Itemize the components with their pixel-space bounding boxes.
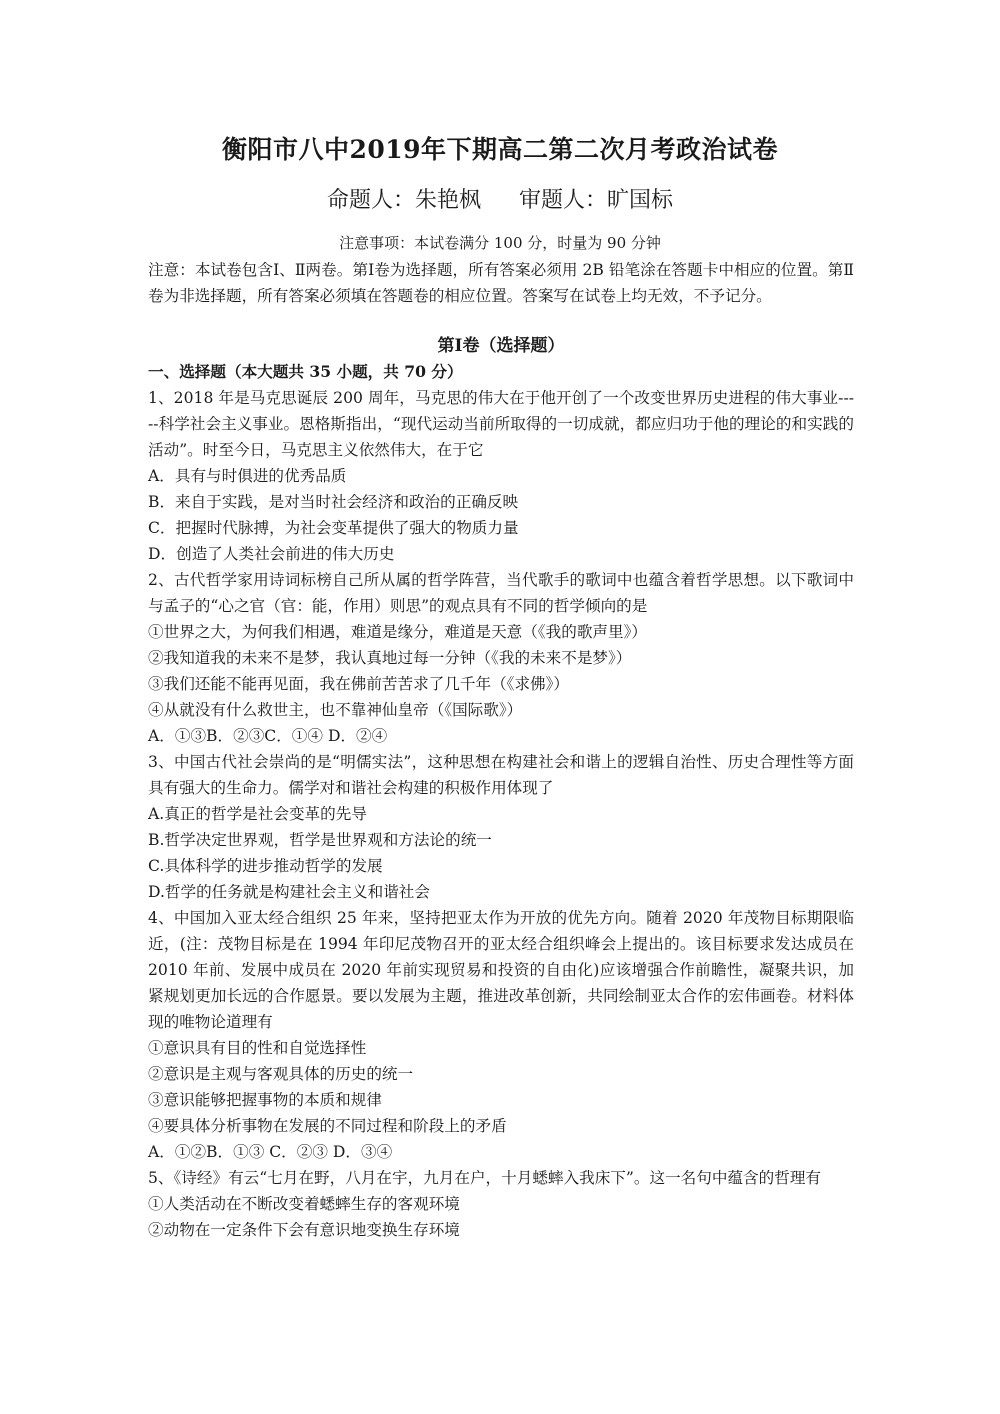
reviewer-label: 审题人： xyxy=(519,188,607,213)
answer-options: A．①②B．①③ C．②③ D．③④ xyxy=(148,1139,854,1165)
statement-2: ②我知道我的未来不是梦，我认真地过每一分钟（《我的未来不是梦》） xyxy=(148,645,854,671)
option-b: B.哲学决定世界观，哲学是世界观和方法论的统一 xyxy=(148,827,854,853)
exam-title: 衡阳市八中2019年下期高二第二次月考政治试卷 xyxy=(0,130,1000,166)
option-a: A．具有与时俱进的优秀品质 xyxy=(148,463,854,489)
exam-instructions: 注意：本试卷包含Ⅰ、Ⅱ两卷。第Ⅰ卷为选择题，所有答案必须用 2B 铅笔涂在答题卡… xyxy=(148,257,854,309)
statement-1: ①世界之大，为何我们相遇，难道是缘分，难道是天意（《我的歌声里》） xyxy=(148,619,854,645)
option-d: D.哲学的任务就是构建社会主义和谐社会 xyxy=(148,879,854,905)
exam-body: 注意：本试卷包含Ⅰ、Ⅱ两卷。第Ⅰ卷为选择题，所有答案必须用 2B 铅笔涂在答题卡… xyxy=(148,257,854,1243)
question-5: 5、《诗经》有云“七月在野，八月在宇，九月在户，十月蟋蟀入我床下”。这一名句中蕴… xyxy=(148,1165,854,1243)
question-stem: 2、古代哲学家用诗词标榜自己所从属的哲学阵营，当代歌手的歌词中也蕴含着哲学思想。… xyxy=(148,567,854,619)
option-a: A.真正的哲学是社会变革的先导 xyxy=(148,801,854,827)
setter-label: 命题人： xyxy=(327,188,415,213)
answer-options: A．①③B．②③C．①④ D．②④ xyxy=(148,723,854,749)
reviewer-name: 旷国标 xyxy=(607,188,673,213)
exam-notice: 注意事项：本试卷满分 100 分，时量为 90 分钟 xyxy=(0,232,1000,253)
question-4: 4、中国加入亚太经合组织 25 年来，坚持把亚太作为开放的优先方向。随着 202… xyxy=(148,905,854,1165)
question-1: 1、2018 年是马克思诞辰 200 周年，马克思的伟大在于他开创了一个改变世界… xyxy=(148,385,854,567)
setter-name: 朱艳枫 xyxy=(415,188,481,213)
question-2: 2、古代哲学家用诗词标榜自己所从属的哲学阵营，当代歌手的歌词中也蕴含着哲学思想。… xyxy=(148,567,854,749)
exam-authors: 命题人：朱艳枫审题人：旷国标 xyxy=(0,183,1000,214)
statement-3: ③我们还能不能再见面，我在佛前苦苦求了几千年（《求佛》） xyxy=(148,671,854,697)
statement-4: ④要具体分析事物在发展的不同过程和阶段上的矛盾 xyxy=(148,1113,854,1139)
section-subtitle: 一、选择题（本大题共 35 小题，共 70 分） xyxy=(148,359,854,385)
option-b: B．来自于实践，是对当时社会经济和政治的正确反映 xyxy=(148,489,854,515)
exam-page: 衡阳市八中2019年下期高二第二次月考政治试卷 命题人：朱艳枫审题人：旷国标 注… xyxy=(0,0,1000,1414)
statement-3: ③意识能够把握事物的本质和规律 xyxy=(148,1087,854,1113)
statement-2: ②意识是主观与客观具体的历史的统一 xyxy=(148,1061,854,1087)
statement-4: ④从就没有什么救世主，也不靠神仙皇帝（《国际歌》） xyxy=(148,697,854,723)
option-c: C.具体科学的进步推动哲学的发展 xyxy=(148,853,854,879)
question-stem: 1、2018 年是马克思诞辰 200 周年，马克思的伟大在于他开创了一个改变世界… xyxy=(148,385,854,463)
section-title: 第Ⅰ卷（选择题） xyxy=(148,333,854,359)
option-c: C．把握时代脉搏，为社会变革提供了强大的物质力量 xyxy=(148,515,854,541)
statement-1: ①意识具有目的性和自觉选择性 xyxy=(148,1035,854,1061)
question-stem: 5、《诗经》有云“七月在野，八月在宇，九月在户，十月蟋蟀入我床下”。这一名句中蕴… xyxy=(148,1165,854,1191)
question-3: 3、中国古代社会崇尚的是“明儒实法”，这种思想在构建社会和谐上的逻辑自治性、历史… xyxy=(148,749,854,905)
statement-1: ①人类活动在不断改变着蟋蟀生存的客观环境 xyxy=(148,1191,854,1217)
statement-2: ②动物在一定条件下会有意识地变换生存环境 xyxy=(148,1217,854,1243)
question-stem: 3、中国古代社会崇尚的是“明儒实法”，这种思想在构建社会和谐上的逻辑自治性、历史… xyxy=(148,749,854,801)
option-d: D．创造了人类社会前进的伟大历史 xyxy=(148,541,854,567)
question-stem: 4、中国加入亚太经合组织 25 年来，坚持把亚太作为开放的优先方向。随着 202… xyxy=(148,905,854,1035)
